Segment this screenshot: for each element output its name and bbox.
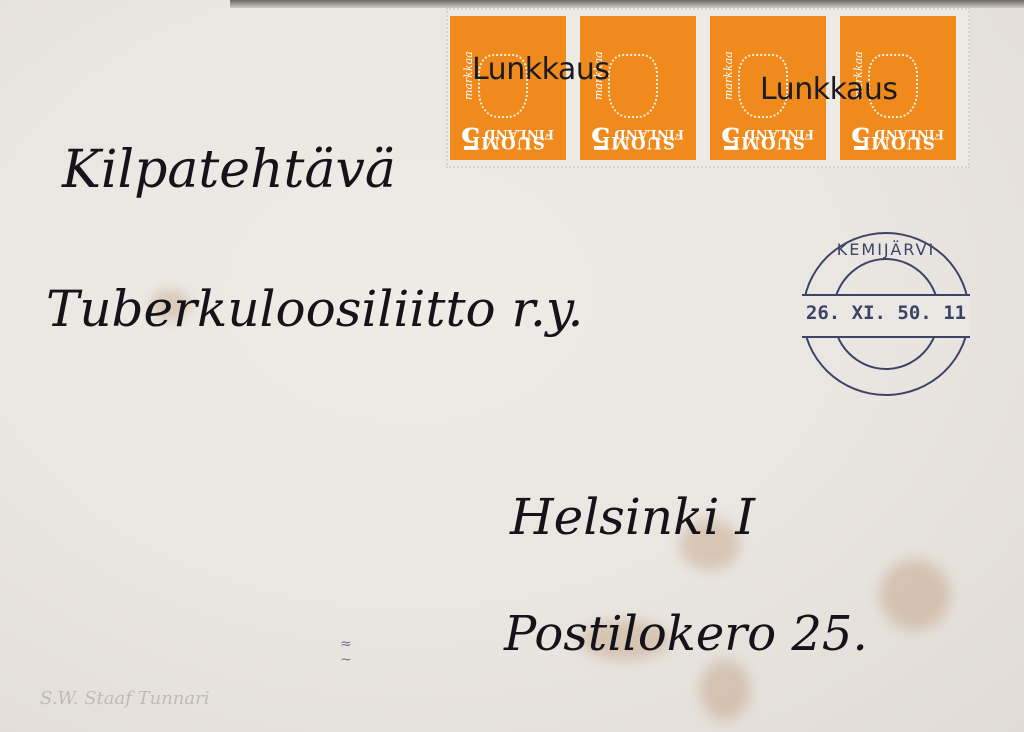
stamp-unit: markkaa [722,51,735,100]
postmark: KEMIJÄRVI 26. XI. 50. 11 [802,232,970,396]
stamp-denomination: 5 [590,120,611,155]
stamp-label: FINLAND [744,126,814,141]
envelope-edge [230,0,1024,8]
stamp-denomination: 5 [720,120,741,155]
stamp-label: FINLAND [614,126,684,141]
postmark-date: 26. XI. 50. 11 [804,302,968,324]
stamp-label: FINLAND [484,126,554,141]
pencil-note: S.W. Staaf Tunnari [40,688,210,709]
stamp: SUOMI markkaa FINLAND 5 [580,16,696,160]
stamp-denomination: 5 [850,120,871,155]
cancellation-mark: Lunkkaus [760,72,897,107]
address-line-4: Postilokero 25. [504,606,868,662]
postmark-town: KEMIJÄRVI [804,240,968,259]
address-line-3: Helsinki I [510,488,755,546]
stain [700,660,750,720]
ink-blot: ≈~ [340,636,370,670]
address-line-1: Kilpatehtävä [62,140,396,200]
cancellation-mark: Lunkkaus [472,52,609,87]
stamp-label: FINLAND [874,126,944,141]
stamp-denomination: 5 [460,120,481,155]
envelope: SUOMI markkaa FINLAND 5 SUOMI markkaa FI… [0,0,1024,732]
stain [880,560,950,630]
stamp: SUOMI markkaa FINLAND 5 [450,16,566,160]
lion-crest-icon [608,54,658,118]
address-line-2: Tuberkuloosiliitto r.y. [46,280,583,338]
